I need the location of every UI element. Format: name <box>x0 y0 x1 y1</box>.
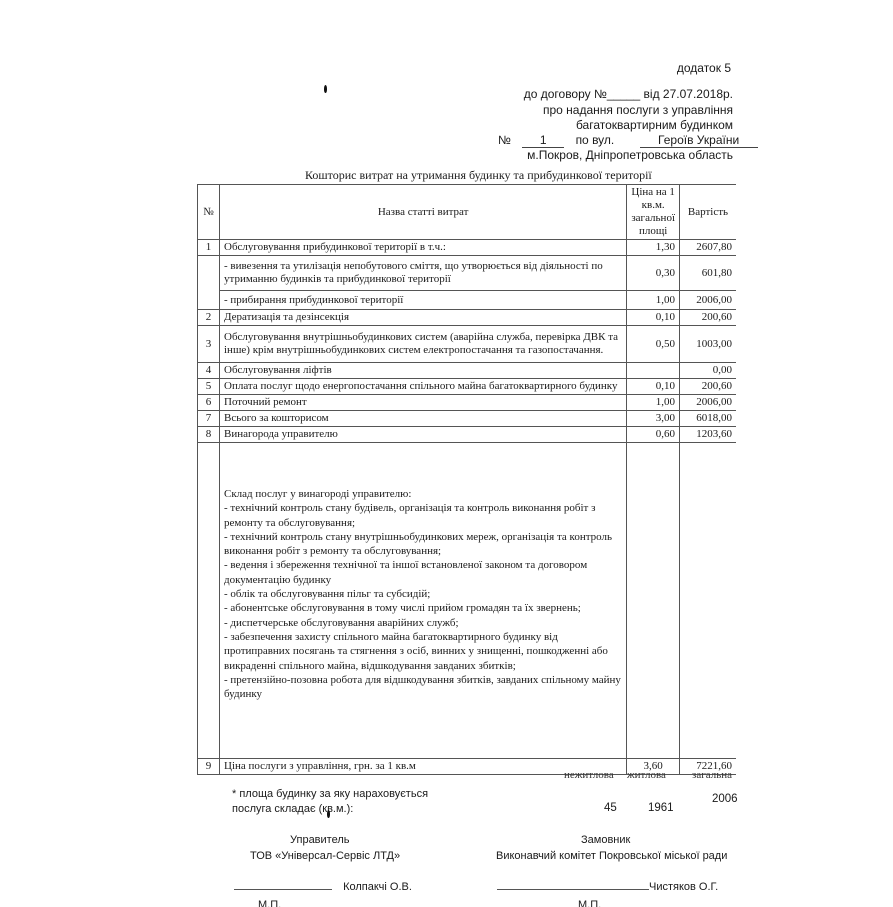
header-price: Ціна на 1 кв.м. загальної площі <box>627 185 680 240</box>
header-cost: Вартість <box>680 185 737 240</box>
scan-speck <box>327 810 330 818</box>
document-title: Кошторис витрат на утримання будинку та … <box>305 168 652 183</box>
row-number: 2 <box>198 310 220 326</box>
area-header-nonresidential: нежитлова <box>564 769 614 781</box>
area-header-residential: житлова <box>627 769 666 781</box>
number-label: № <box>498 133 511 147</box>
row-name: Поточний ремонт <box>220 395 627 411</box>
row-price: 0,30 <box>627 256 680 291</box>
customer-role: Замовник <box>581 834 630 846</box>
row-number: 7 <box>198 411 220 427</box>
row-number: 3 <box>198 326 220 363</box>
row-name: Всього за кошторисом <box>220 411 627 427</box>
row-cost: 2006,00 <box>680 291 737 310</box>
table-row: 1 Обслуговування прибудинкової території… <box>198 240 737 256</box>
table-row: 5 Оплата послуг щодо енергопостачання сп… <box>198 379 737 395</box>
row-number-empty <box>198 443 220 759</box>
row-cost: 601,80 <box>680 256 737 291</box>
table-row: 2 Дератизація та дезінсекція 0,10 200,60 <box>198 310 737 326</box>
table-row: 8 Винагорода управителю 0,60 1203,60 <box>198 427 737 443</box>
total-number: 9 <box>198 759 220 775</box>
row-cost: 2006,00 <box>680 395 737 411</box>
row-cost: 6018,00 <box>680 411 737 427</box>
header-number: № <box>198 185 220 240</box>
row-price: 0,60 <box>627 427 680 443</box>
scan-speck <box>324 85 327 93</box>
row-name: Обслуговування ліфтів <box>220 363 627 379</box>
manager-stamp: М.П. <box>258 899 281 907</box>
manager-role: Управитель <box>290 834 350 846</box>
row-cost: 2607,80 <box>680 240 737 256</box>
area-value-total: 2006 <box>712 793 738 805</box>
contract-reference: до договору №_____ від 27.07.2018р. <box>524 87 733 101</box>
row-number: 1 <box>198 240 220 256</box>
row-price: 0,50 <box>627 326 680 363</box>
service-description: про надання послуги з управління <box>543 103 733 117</box>
row-price: 1,30 <box>627 240 680 256</box>
row-price: 3,00 <box>627 411 680 427</box>
table-row: 3 Обслуговування внутрішньобудинкових си… <box>198 326 737 363</box>
row-cost: 200,60 <box>680 310 737 326</box>
row-number: 5 <box>198 379 220 395</box>
row-name: - прибирання прибудинкової території <box>220 291 627 310</box>
row-number: 8 <box>198 427 220 443</box>
row-cost: 1203,60 <box>680 427 737 443</box>
customer-organization: Виконавчий комітет Покровської міської р… <box>496 850 727 862</box>
row-name: - вивезення та утилізація непобутового с… <box>220 256 627 291</box>
row-cost-empty <box>680 443 737 759</box>
row-price-empty <box>627 443 680 759</box>
row-price: 1,00 <box>627 395 680 411</box>
manager-services-row: Склад послуг у винагороді управителю: - … <box>198 443 737 759</box>
table-row: - прибирання прибудинкової території 1,0… <box>198 291 737 310</box>
table-header-row: № Назва статті витрат Ціна на 1 кв.м. за… <box>198 185 737 240</box>
row-cost: 1003,00 <box>680 326 737 363</box>
table-row: 6 Поточний ремонт 1,00 2006,00 <box>198 395 737 411</box>
table-row: 4 Обслуговування ліфтів 0,00 <box>198 363 737 379</box>
manager-services-text: Склад послуг у винагороді управителю: - … <box>224 487 622 701</box>
row-name: Винагорода управителю <box>220 427 627 443</box>
street-name: Героїв України <box>640 133 758 148</box>
row-cost: 200,60 <box>680 379 737 395</box>
manager-signature-block: Колпакчі О.В. <box>234 881 412 893</box>
manager-organization: ТОВ «Універсал-Сервіс ЛТД» <box>250 850 400 862</box>
manager-services-description: Склад послуг у винагороді управителю: - … <box>220 443 627 759</box>
row-name: Обслуговування внутрішньобудинкових сист… <box>220 326 627 363</box>
building-description: багатоквартирним будинком <box>576 118 733 132</box>
row-price <box>627 363 680 379</box>
street-label: по вул. <box>576 133 615 147</box>
customer-name: Чистяков О.Г. <box>649 881 718 893</box>
building-number: 1 <box>522 133 564 148</box>
row-number <box>198 256 220 310</box>
table-row: 7 Всього за кошторисом 3,00 6018,00 <box>198 411 737 427</box>
area-note: * площа будинку за яку нараховується пос… <box>232 787 462 817</box>
row-price: 0,10 <box>627 379 680 395</box>
budget-table: № Назва статті витрат Ціна на 1 кв.м. за… <box>197 184 736 775</box>
header-name: Назва статті витрат <box>220 185 627 240</box>
city-line: м.Покров, Дніпропетровська область <box>527 148 733 162</box>
customer-signature-block: Чистяков О.Г. <box>497 881 718 893</box>
table-row: - вивезення та утилізація непобутового с… <box>198 256 737 291</box>
row-name: Оплата послуг щодо енергопостачання спіл… <box>220 379 627 395</box>
row-cost: 0,00 <box>680 363 737 379</box>
address-line: № 1 по вул. Героїв України <box>498 133 758 148</box>
manager-name: Колпакчі О.В. <box>343 881 412 893</box>
row-price: 1,00 <box>627 291 680 310</box>
manager-signature-line <box>234 889 332 890</box>
area-value-residential: 1961 <box>648 802 674 814</box>
row-price: 0,10 <box>627 310 680 326</box>
area-header-total: загальна <box>692 769 732 781</box>
row-name: Обслуговування прибудинкової території в… <box>220 240 627 256</box>
row-name: Дератизація та дезінсекція <box>220 310 627 326</box>
customer-signature-line <box>497 889 649 890</box>
row-number: 4 <box>198 363 220 379</box>
customer-stamp: М.П. <box>578 899 601 907</box>
row-number: 6 <box>198 395 220 411</box>
area-value-nonresidential: 45 <box>604 802 617 814</box>
addendum-label: додаток 5 <box>677 61 731 75</box>
